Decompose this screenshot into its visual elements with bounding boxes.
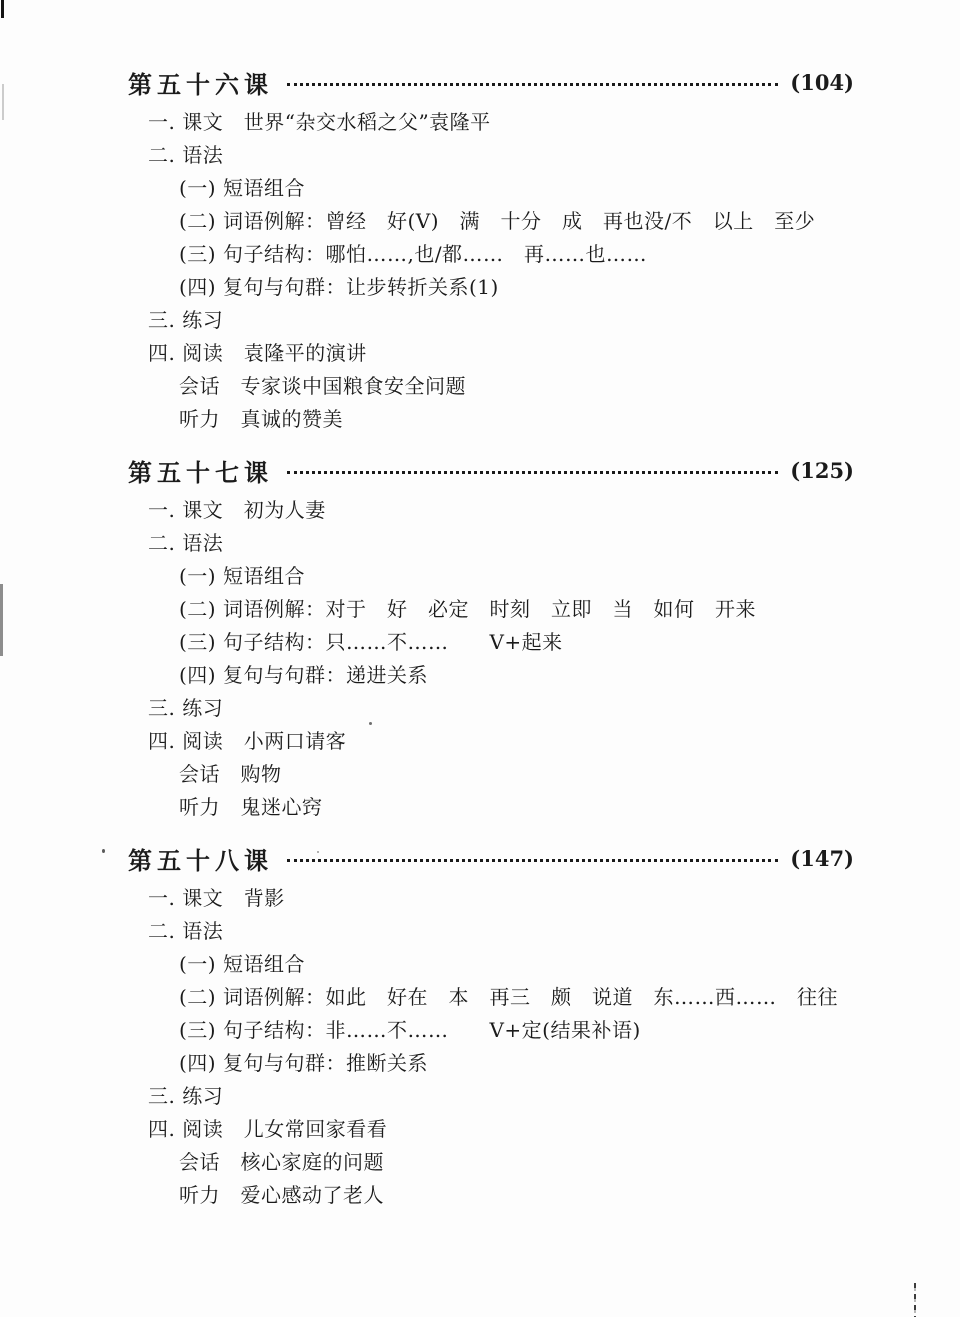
page-number: (147): [790, 846, 854, 871]
toc-row: (二) 词语例解：如此 好在 本 再三 颇 说道 东……西…… 往往: [0, 981, 960, 1014]
lesson-57-header: 第五十七课 (125): [128, 450, 854, 490]
toc-row: (一) 短语组合: [0, 560, 960, 593]
toc-row: 三. 练习: [0, 304, 960, 337]
toc-row: 二. 语法: [0, 527, 960, 560]
page-number: (125): [790, 458, 854, 483]
toc-row: (一) 短语组合: [0, 172, 960, 205]
toc-row: 一. 课文 背影: [0, 882, 960, 915]
lesson-58-header: 第五十八课 (147): [128, 838, 854, 878]
toc-content: 第五十六课 (104) 一. 课文 世界“杂交水稻之父”袁隆平 二. 语法 (一…: [0, 0, 960, 1212]
dot-leader: [287, 859, 778, 862]
toc-row: 三. 练习: [0, 692, 960, 725]
lesson-56-header: 第五十六课 (104): [128, 62, 854, 102]
toc-row: 会话 核心家庭的问题: [0, 1146, 960, 1179]
dot-leader: [287, 471, 778, 474]
lesson-title: 第五十六课: [128, 65, 273, 100]
lesson-58-rows: 一. 课文 背影 二. 语法 (一) 短语组合 (二) 词语例解：如此 好在 本…: [0, 882, 960, 1212]
toc-page: 第五十六课 (104) 一. 课文 世界“杂交水稻之父”袁隆平 二. 语法 (一…: [0, 0, 960, 1317]
toc-row: (三) 句子结构：只……不…… V+起来: [0, 626, 960, 659]
toc-row: 听力 真诚的赞美: [0, 403, 960, 436]
lesson-57-rows: 一. 课文 初为人妻 二. 语法 (一) 短语组合 (二) 词语例解：对于 好 …: [0, 494, 960, 824]
toc-row: 会话 购物: [0, 758, 960, 791]
toc-row: 一. 课文 世界“杂交水稻之父”袁隆平: [0, 106, 960, 139]
toc-row: 四. 阅读 袁隆平的演讲: [0, 337, 960, 370]
lesson-title: 第五十八课: [128, 841, 273, 876]
toc-row: 听力 鬼迷心窍: [0, 791, 960, 824]
scan-artifact-speck: [317, 851, 319, 853]
toc-row: 四. 阅读 小两口请客: [0, 725, 960, 758]
lesson-58-section: 第五十八课 (147) 一. 课文 背影 二. 语法 (一) 短语组合 (二) …: [0, 838, 960, 1212]
toc-row: 二. 语法: [0, 139, 960, 172]
toc-row: (一) 短语组合: [0, 948, 960, 981]
scan-artifact-speck: [102, 849, 105, 853]
toc-row: (二) 词语例解：对于 好 必定 时刻 立即 当 如何 开来: [0, 593, 960, 626]
lesson-57-section: 第五十七课 (125) 一. 课文 初为人妻 二. 语法 (一) 短语组合 (二…: [0, 450, 960, 824]
toc-row: 会话 专家谈中国粮食安全问题: [0, 370, 960, 403]
toc-row: 四. 阅读 儿女常回家看看: [0, 1113, 960, 1146]
toc-row: 听力 爱心感动了老人: [0, 1179, 960, 1212]
toc-row: (四) 复句与句群：让步转折关系(1): [0, 271, 960, 304]
lesson-56-section: 第五十六课 (104) 一. 课文 世界“杂交水稻之父”袁隆平 二. 语法 (一…: [0, 62, 960, 436]
scan-artifact-bottomright-dashes: [914, 1283, 916, 1317]
toc-row: (四) 复句与句群：递进关系: [0, 659, 960, 692]
page-number: (104): [790, 70, 854, 95]
dot-leader: [287, 83, 778, 86]
toc-row: (四) 复句与句群：推断关系: [0, 1047, 960, 1080]
toc-row: (三) 句子结构：非……不…… V+定(结果补语): [0, 1014, 960, 1047]
lesson-56-rows: 一. 课文 世界“杂交水稻之父”袁隆平 二. 语法 (一) 短语组合 (二) 词…: [0, 106, 960, 436]
toc-row: 一. 课文 初为人妻: [0, 494, 960, 527]
toc-row: 二. 语法: [0, 915, 960, 948]
toc-row: (三) 句子结构：哪怕……,也/都…… 再……也……: [0, 238, 960, 271]
scan-artifact-speck: [369, 722, 372, 725]
scan-artifact-left-gray-line: [0, 584, 3, 656]
toc-row: (二) 词语例解：曾经 好(V) 满 十分 成 再也没/不 以上 至少: [0, 205, 960, 238]
scan-artifact-left-faint-line: [2, 84, 4, 120]
lesson-title: 第五十七课: [128, 453, 273, 488]
toc-row: 三. 练习: [0, 1080, 960, 1113]
scan-artifact-topleft-tick: [1, 0, 4, 18]
